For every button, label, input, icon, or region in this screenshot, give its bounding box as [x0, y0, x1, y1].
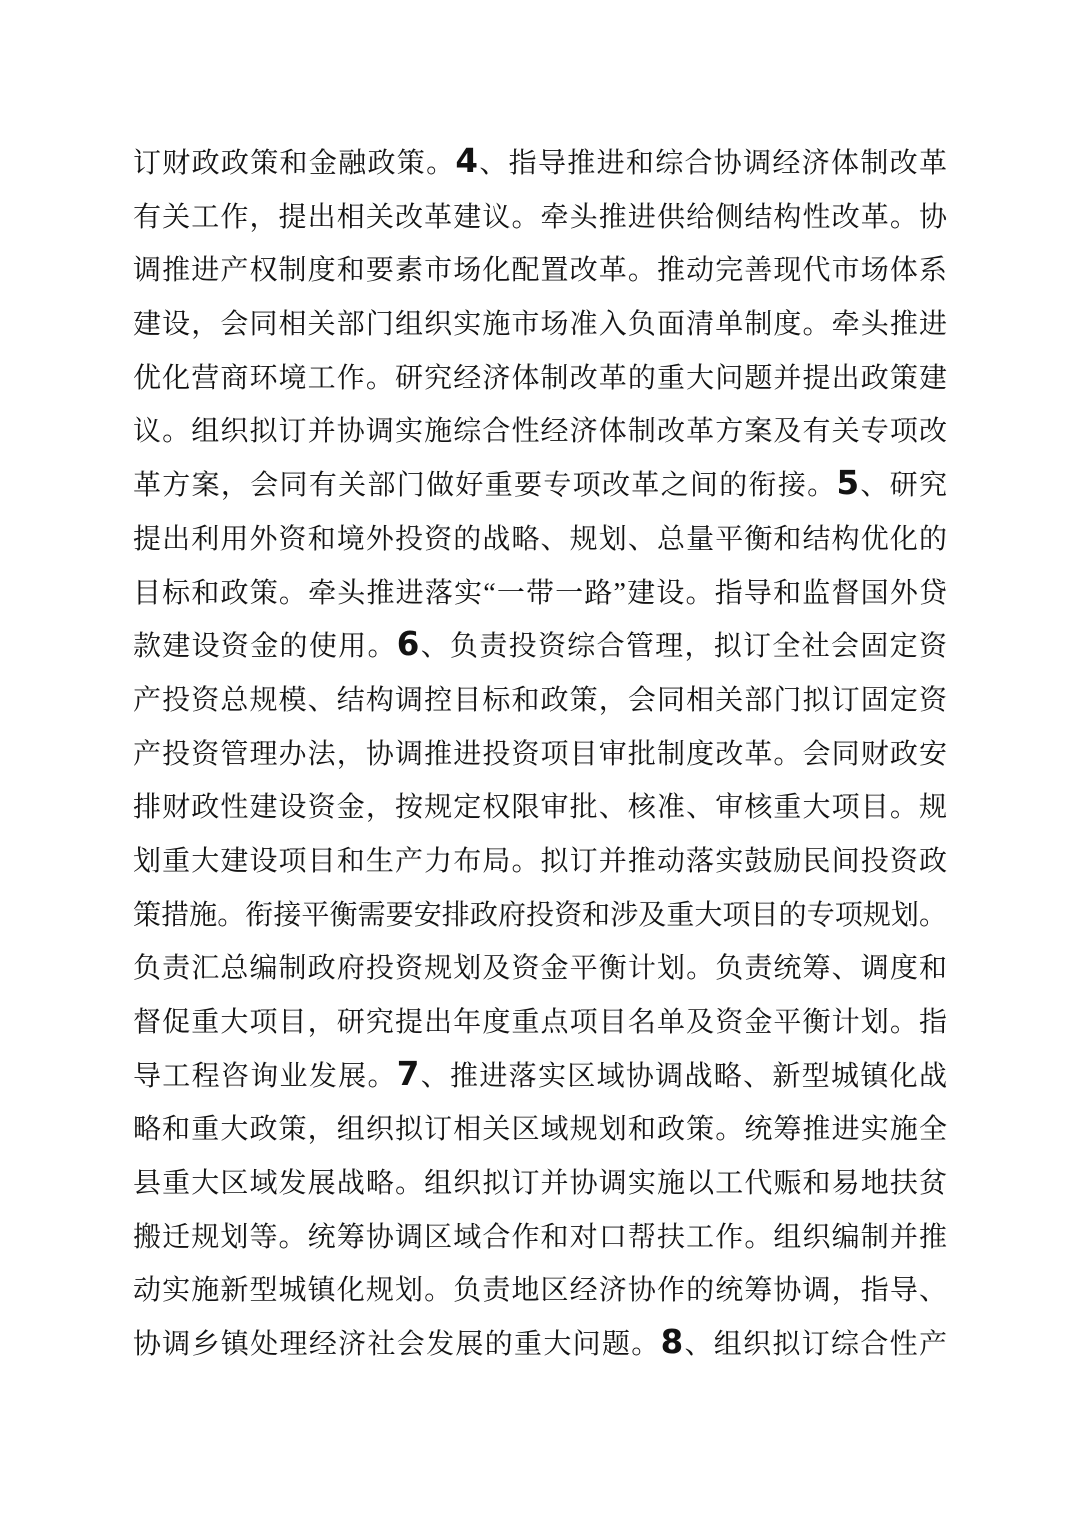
- text-line: 略和重大政策，组织拟订相关区域规划和政策。统筹推进实施全: [133, 1103, 947, 1157]
- item-number: 5: [836, 464, 859, 502]
- text-line: 目标和政策。牵头推进落实“一带一路”建设。指导和监督国外贷: [133, 567, 947, 621]
- text-line: 搬迁规划等。统筹协调区域合作和对口帮扶工作。组织编制并推: [133, 1211, 947, 1265]
- text-line: 提出利用外资和境外投资的战略、规划、总量平衡和结构优化的: [133, 513, 947, 567]
- item-number: 8: [661, 1323, 684, 1361]
- text-line: 协调乡镇处理经济社会发展的重大问题。8、组织拟订综合性产: [133, 1318, 947, 1372]
- text-line: 调推进产权制度和要素市场化配置改革。推动完善现代市场体系: [133, 244, 947, 298]
- text-line: 有关工作，提出相关改革建议。牵头推进供给侧结构性改革。协: [133, 191, 947, 245]
- text-line: 产投资管理办法，协调推进投资项目审批制度改革。会同财政安: [133, 728, 947, 782]
- text-line: 排财政性建设资金，按规定权限审批、核准、审核重大项目。规: [133, 781, 947, 835]
- text-line: 议。组织拟订并协调实施综合性经济体制改革方案及有关专项改: [133, 405, 947, 459]
- text-line: 划重大建设项目和生产力布局。拟订并推动落实鼓励民间投资政: [133, 835, 947, 889]
- text-line: 县重大区域发展战略。组织拟订并协调实施以工代赈和易地扶贫: [133, 1157, 947, 1211]
- text-line: 导工程咨询业发展。7、推进落实区域协调战略、新型城镇化战: [133, 1050, 947, 1104]
- item-number: 7: [397, 1055, 420, 1093]
- text-line: 督促重大项目，研究提出年度重点项目名单及资金平衡计划。指: [133, 996, 947, 1050]
- item-number: 6: [397, 625, 420, 663]
- text-line: 优化营商环境工作。研究经济体制改革的重大问题并提出政策建: [133, 352, 947, 406]
- text-line: 策措施。衔接平衡需要安排政府投资和涉及重大项目的专项规划。: [133, 889, 947, 943]
- text-line: 动实施新型城镇化规划。负责地区经济协作的统筹协调，指导、: [133, 1264, 947, 1318]
- document-page: 订财政政策和金融政策。4、指导推进和综合协调经济体制改革 有关工作，提出相关改革…: [0, 0, 1074, 1520]
- text-line: 负责汇总编制政府投资规划及资金平衡计划。负责统筹、调度和: [133, 942, 947, 996]
- text-line: 产投资总规模、结构调控目标和政策，会同相关部门拟订固定资: [133, 674, 947, 728]
- item-number: 4: [455, 142, 478, 180]
- text-line: 建设，会同相关部门组织实施市场准入负面清单制度。牵头推进: [133, 298, 947, 352]
- text-line: 订财政政策和金融政策。4、指导推进和综合协调经济体制改革: [133, 137, 947, 191]
- text-line: 款建设资金的使用。6、负责投资综合管理，拟订全社会固定资: [133, 620, 947, 674]
- body-text-paragraph: 订财政政策和金融政策。4、指导推进和综合协调经济体制改革 有关工作，提出相关改革…: [133, 137, 947, 1372]
- text-line: 革方案，会同有关部门做好重要专项改革之间的衔接。5、研究: [133, 459, 947, 513]
